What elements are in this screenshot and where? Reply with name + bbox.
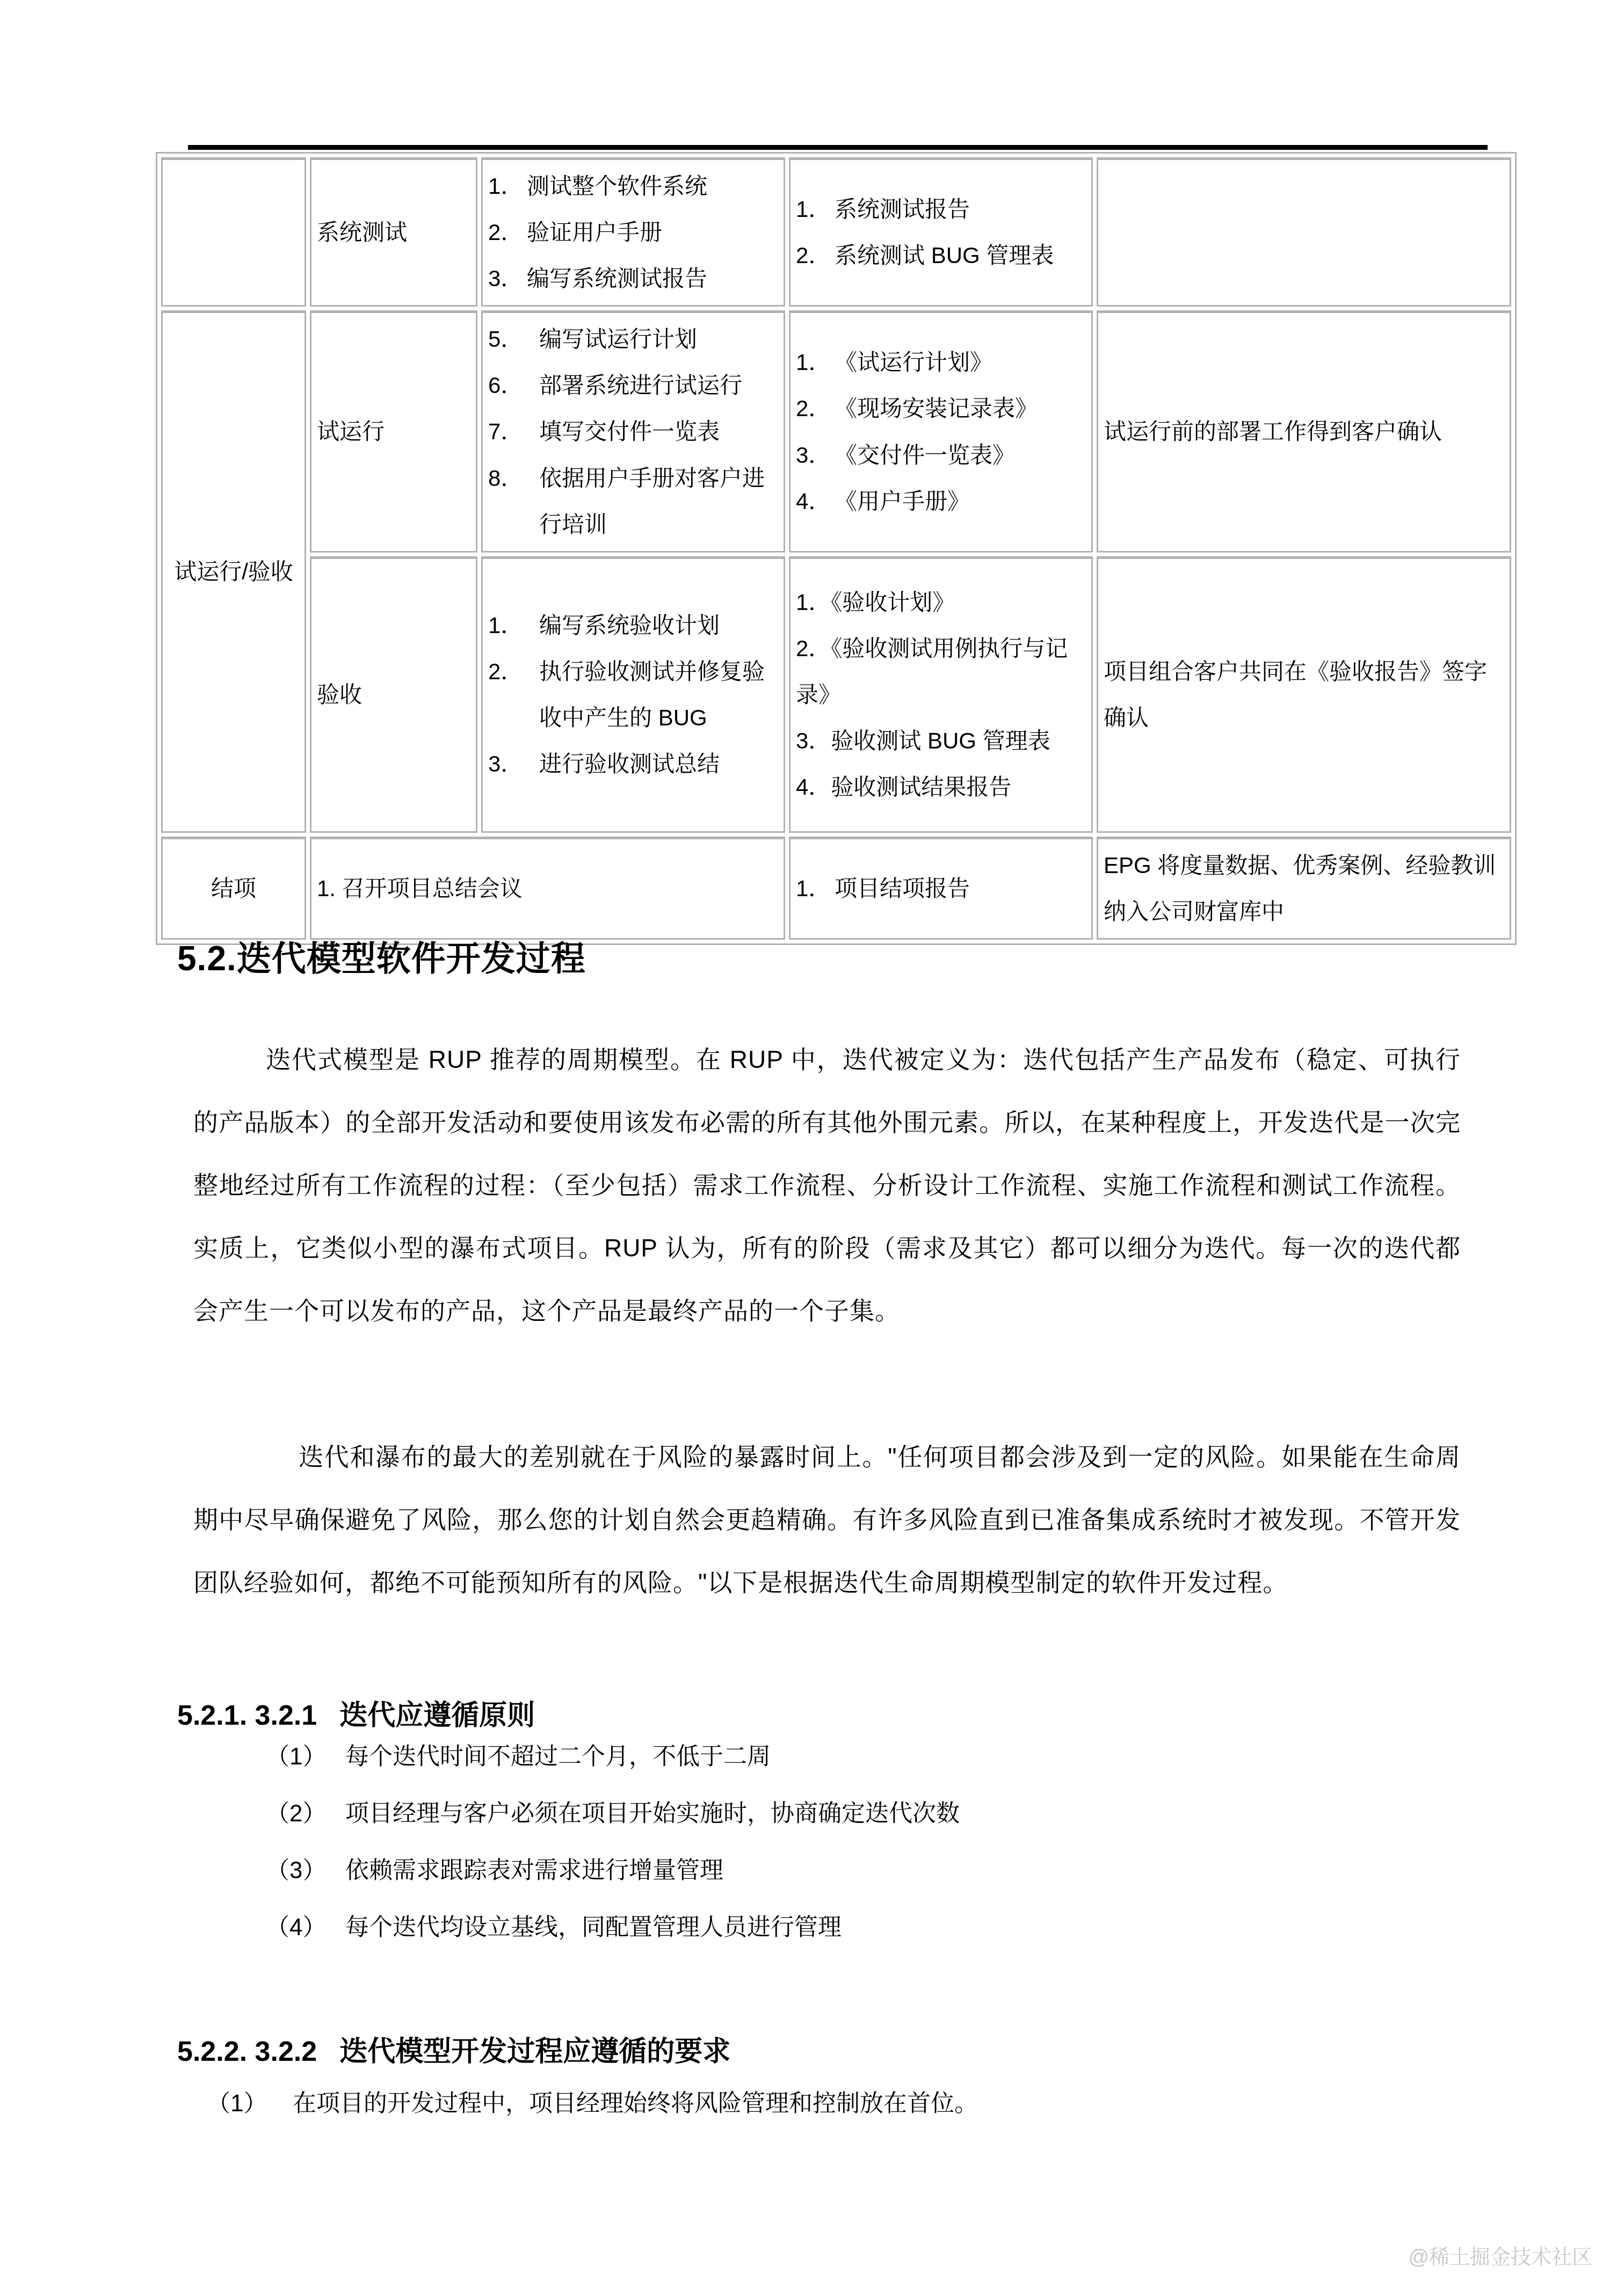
cell-outputs-acceptance: 1．《验收计划》 2．《验收测试用例执行与记录》 3．验收测试 BUG 管理表 … — [789, 556, 1093, 833]
list-item: 2．执行验收测试并修复验收中产生的 BUG — [488, 649, 778, 741]
list-text: 依据用户手册对客户进行培训 — [539, 455, 778, 548]
list-text: 《试运行计划》 — [835, 339, 992, 386]
table-row-system-test: 系统测试 1．测试整个软件系统 2．验证用户手册 3．编写系统测试报告 1．系统… — [161, 157, 1511, 307]
list-number: 2． — [488, 209, 527, 256]
cell-remark-trial-run: 试运行前的部署工作得到客户确认 — [1097, 310, 1511, 552]
heading-number: 5.2.2. 3.2.2 — [177, 2036, 317, 2067]
table-row-acceptance: 验收 1．编写系统验收计划 2．执行验收测试并修复验收中产生的 BUG 3．进行… — [161, 556, 1511, 833]
list-item: 3．《交付件一览表》 — [796, 432, 1086, 478]
list-text: 进行验收测试总结 — [539, 741, 720, 787]
list-number: 2． — [796, 386, 835, 432]
list-number: 1． — [796, 339, 835, 386]
list-number: 2． — [488, 649, 539, 741]
cell-phase-trial-acceptance: 试运行/验收 — [161, 310, 306, 832]
list-item: （3）依赖需求跟踪表对需求进行增量管理 — [266, 1854, 960, 1888]
requirements-list: （1）在项目的开发过程中，项目经理始终将风险管理和控制放在首位。 — [207, 2087, 978, 2144]
heading-title: 迭代模型开发过程应遵循的要求 — [339, 2036, 730, 2067]
list-item: 6．部署系统进行试运行 — [488, 362, 778, 409]
list-text: 系统测试报告 — [835, 186, 970, 232]
list-item: （1）每个迭代时间不超过二个月，不低于二周 — [266, 1740, 960, 1774]
table-row-trial-run: 试运行/验收 试运行 5．编写试运行计划 6．部署系统进行试运行 7．填写交付件… — [161, 310, 1511, 552]
list-item: （2）项目经理与客户必须在项目开始实施时，协商确定迭代次数 — [266, 1797, 960, 1831]
section-heading-5-2-2: 5.2.2. 3.2.2迭代模型开发过程应遵循的要求 — [177, 2029, 730, 2069]
list-item: 5．编写试运行计划 — [488, 316, 778, 362]
section-heading-5-2-1: 5.2.1. 3.2.1迭代应遵循原则 — [177, 1692, 535, 1733]
cell-stage-system-test: 系统测试 — [310, 157, 477, 307]
list-text: 部署系统进行试运行 — [539, 362, 742, 409]
list-text: 《用户手册》 — [835, 478, 970, 525]
list-item: 3．进行验收测试总结 — [488, 741, 778, 787]
list-number: 3． — [488, 741, 539, 787]
list-text: 执行验收测试并修复验收中产生的 BUG — [539, 649, 778, 741]
list-item: 1．《试运行计划》 — [796, 339, 1086, 386]
list-item: 1．测试整个软件系统 — [488, 163, 778, 209]
list-number: 1． — [488, 163, 527, 209]
list-number: 3． — [796, 432, 835, 478]
paragraph-iteration-vs-waterfall: 迭代和瀑布的最大的差别就在于风险的暴露时间上。"任何项目都会涉及到一定的风险。如… — [193, 1426, 1461, 1614]
cell-stage-trial-run: 试运行 — [310, 310, 477, 552]
list-item: 1．项目结项报告 — [796, 866, 1086, 912]
list-number: 8． — [488, 455, 539, 548]
list-item: 1．系统测试报告 — [796, 186, 1086, 232]
top-divider-rule — [188, 145, 1488, 150]
list-text: 编写试运行计划 — [539, 316, 697, 362]
list-item: 4．《用户手册》 — [796, 478, 1086, 525]
list-item: 2．验证用户手册 — [488, 209, 778, 256]
list-item: 2．系统测试 BUG 管理表 — [796, 232, 1086, 279]
list-item: 4．验收测试结果报告 — [796, 764, 1086, 810]
list-text: 验证用户手册 — [527, 209, 662, 256]
heading-number: 5.2.1. 3.2.1 — [177, 1700, 317, 1731]
cell-remark-system-test — [1097, 157, 1511, 307]
list-number: （1） — [266, 1740, 345, 1774]
list-number: 1． — [488, 602, 539, 649]
list-item: 8．依据用户手册对客户进行培训 — [488, 455, 778, 548]
list-item: 3．编写系统测试报告 — [488, 256, 778, 302]
list-number: 1． — [796, 866, 835, 912]
cell-stage-acceptance: 验收 — [310, 556, 477, 833]
list-text: 每个迭代时间不超过二个月，不低于二周 — [345, 1740, 771, 1774]
list-item: （4）每个迭代均设立基线，同配置管理人员进行管理 — [266, 1910, 960, 1945]
paragraph-iterative-model: 迭代式模型是 RUP 推荐的周期模型。在 RUP 中，迭代被定义为：迭代包括产生… — [193, 1028, 1461, 1342]
list-text: 填写交付件一览表 — [539, 409, 720, 455]
list-text: 《现场安装记录表》 — [835, 386, 1038, 432]
list-text: 编写系统测试报告 — [527, 256, 707, 302]
list-text: 测试整个软件系统 — [527, 163, 707, 209]
list-text: 每个迭代均设立基线，同配置管理人员进行管理 — [345, 1910, 842, 1945]
list-number: 7． — [488, 409, 539, 455]
list-number: 3． — [488, 256, 527, 302]
cell-phase-closure: 结项 — [161, 837, 306, 940]
list-number: （1） — [207, 2087, 293, 2121]
list-text: 编写系统验收计划 — [539, 602, 720, 649]
list-number: 6． — [488, 362, 539, 409]
heading-title: 迭代应遵循原则 — [339, 1700, 535, 1731]
list-item: 7．填写交付件一览表 — [488, 409, 778, 455]
document-page: 系统测试 1．测试整个软件系统 2．验证用户手册 3．编写系统测试报告 1．系统… — [0, 0, 1624, 2296]
section-heading-5-2: 5.2.迭代模型软件开发过程 — [177, 931, 586, 980]
list-text: 在项目的开发过程中，项目经理始终将风险管理和控制放在首位。 — [293, 2087, 978, 2121]
list-item: 3．验收测试 BUG 管理表 — [796, 718, 1086, 764]
list-item: 1．《验收计划》 — [796, 579, 1086, 626]
list-number: 1． — [796, 186, 835, 232]
list-item: 2．《验收测试用例执行与记录》 — [796, 626, 1086, 718]
list-number: 5． — [488, 316, 539, 362]
cell-activities-closure: 1. 召开项目总结会议 — [310, 837, 785, 940]
cell-outputs-closure: 1．项目结项报告 — [789, 837, 1093, 940]
list-number: （2） — [266, 1797, 345, 1831]
table-row-closure: 结项 1. 召开项目总结会议 1．项目结项报告 EPG 将度量数据、优秀案例、经… — [161, 837, 1511, 940]
list-item: 1．编写系统验收计划 — [488, 602, 778, 649]
list-number: （3） — [266, 1854, 345, 1888]
cell-remark-acceptance: 项目组合客户共同在《验收报告》签字确认 — [1097, 556, 1511, 833]
list-text: 项目经理与客户必须在项目开始实施时，协商确定迭代次数 — [345, 1797, 960, 1831]
cell-activities-system-test: 1．测试整个软件系统 2．验证用户手册 3．编写系统测试报告 — [481, 157, 785, 307]
list-text: 项目结项报告 — [835, 866, 970, 912]
cell-phase-empty — [161, 157, 306, 307]
process-table: 系统测试 1．测试整个软件系统 2．验证用户手册 3．编写系统测试报告 1．系统… — [156, 152, 1517, 945]
cell-remark-closure: EPG 将度量数据、优秀案例、经验教训纳入公司财富库中 — [1097, 837, 1511, 940]
watermark-text: @稀土掘金技术社区 — [1408, 2240, 1592, 2270]
cell-activities-acceptance: 1．编写系统验收计划 2．执行验收测试并修复验收中产生的 BUG 3．进行验收测… — [481, 556, 785, 833]
list-text: 依赖需求跟踪表对需求进行增量管理 — [345, 1854, 723, 1888]
list-number: （4） — [266, 1910, 345, 1945]
list-text: 系统测试 BUG 管理表 — [835, 232, 1054, 279]
cell-outputs-trial-run: 1．《试运行计划》 2．《现场安装记录表》 3．《交付件一览表》 4．《用户手册… — [789, 310, 1093, 552]
list-number: 4． — [796, 478, 835, 525]
list-item: （1）在项目的开发过程中，项目经理始终将风险管理和控制放在首位。 — [207, 2087, 978, 2121]
cell-activities-trial-run: 5．编写试运行计划 6．部署系统进行试运行 7．填写交付件一览表 8．依据用户手… — [481, 310, 785, 552]
list-number: 2． — [796, 232, 835, 279]
cell-outputs-system-test: 1．系统测试报告 2．系统测试 BUG 管理表 — [789, 157, 1093, 307]
list-item: 2．《现场安装记录表》 — [796, 386, 1086, 432]
principles-list: （1）每个迭代时间不超过二个月，不低于二周 （2）项目经理与客户必须在项目开始实… — [266, 1740, 960, 1967]
list-text: 《交付件一览表》 — [835, 432, 1015, 478]
